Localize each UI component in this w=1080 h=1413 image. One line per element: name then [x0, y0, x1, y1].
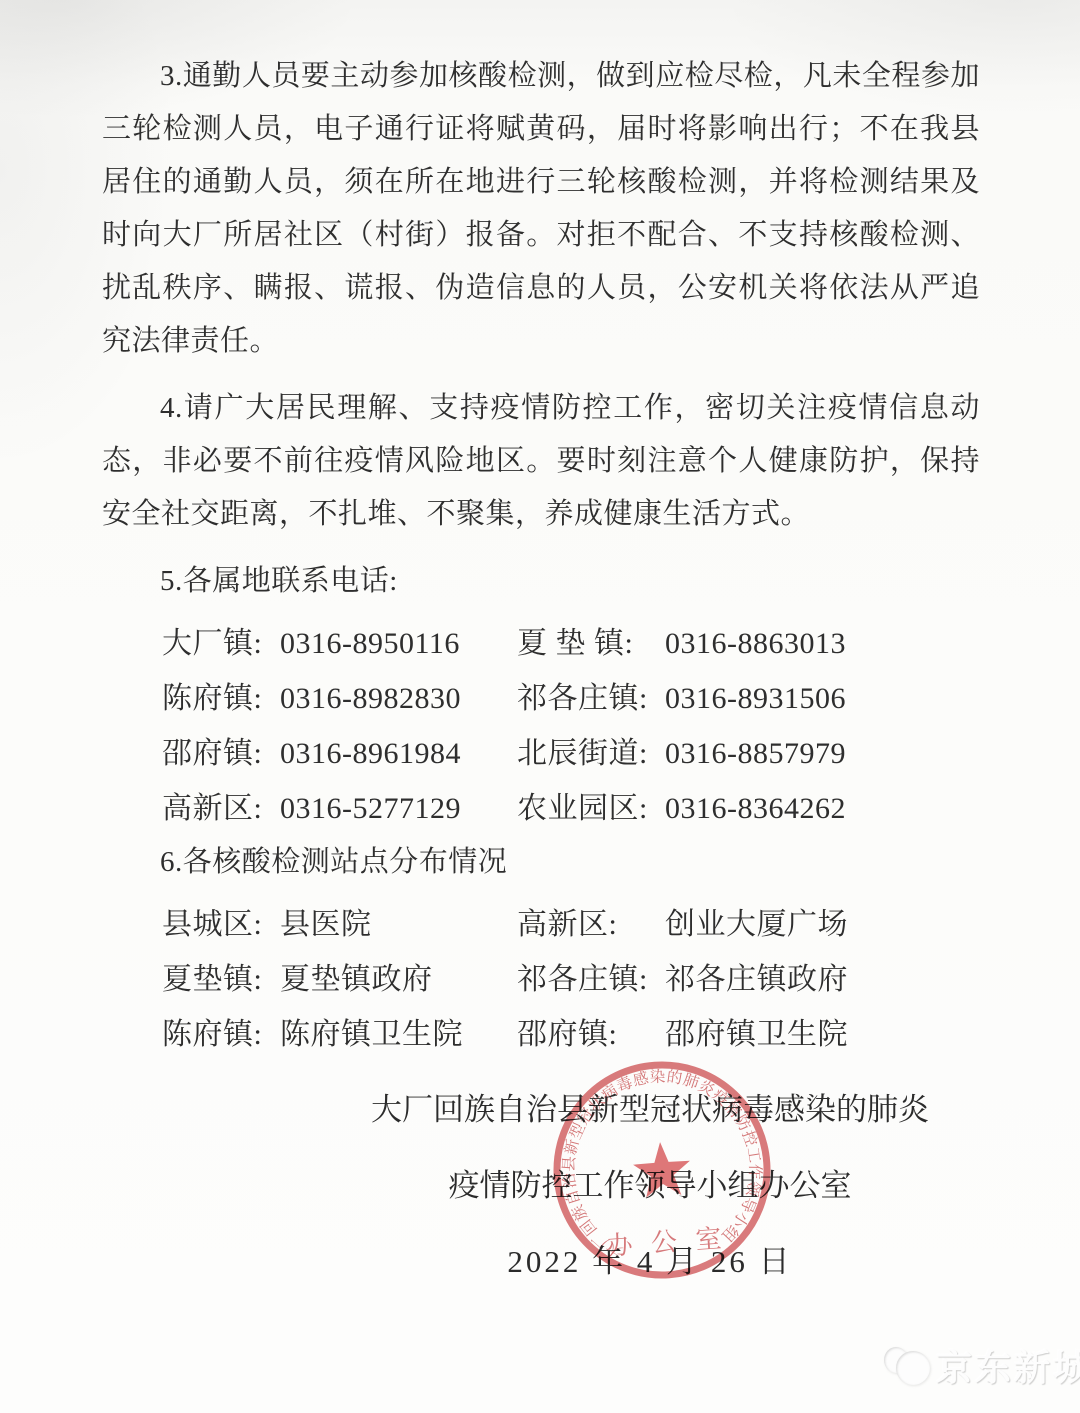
contact-phone: 0316-8982830 — [280, 671, 517, 726]
contact-row: 大厂镇: 0316-8950116 夏 垫 镇: 0316-8863013 — [102, 616, 980, 671]
contacts-list: 大厂镇: 0316-8950116 夏 垫 镇: 0316-8863013 陈府… — [102, 616, 980, 836]
contact-label: 陈府镇: — [162, 671, 280, 726]
seal-bottom-text: 办 公 室 — [606, 1224, 729, 1261]
station-label: 县城区: — [162, 897, 280, 952]
contacts-heading: 5.各属地联系电话: — [102, 555, 980, 608]
contact-label: 邵府镇: — [162, 726, 280, 781]
station-label: 邵府镇: — [517, 1007, 665, 1062]
station-row: 县城区: 县医院 高新区: 创业大厦广场 — [102, 897, 980, 952]
watermark-logo-icon — [884, 1343, 930, 1389]
watermark: 京东新城 — [884, 1340, 1080, 1391]
watermark-text: 京东新城 — [936, 1340, 1080, 1391]
seal-star-icon — [632, 1140, 693, 1198]
contact-phone: 0316-8857979 — [665, 726, 980, 781]
stations-list: 县城区: 县医院 高新区: 创业大厦广场 夏垫镇: 夏垫镇政府 祁各庄镇: 祁各… — [102, 897, 980, 1062]
station-label: 夏垫镇: — [162, 952, 280, 1007]
contact-phone: 0316-5277129 — [280, 781, 517, 836]
contact-phone: 0316-8364262 — [665, 781, 980, 836]
contact-row: 邵府镇: 0316-8961984 北辰街道: 0316-8857979 — [102, 726, 980, 781]
station-row: 夏垫镇: 夏垫镇政府 祁各庄镇: 祁各庄镇政府 — [102, 952, 980, 1007]
station-value: 陈府镇卫生院 — [280, 1007, 517, 1062]
contact-label: 祁各庄镇: — [517, 671, 665, 726]
paragraph-4: 4.请广大居民理解、支持疫情防控工作，密切关注疫情信息动态，非必要不前往疫情风险… — [102, 382, 980, 541]
station-label: 高新区: — [517, 897, 665, 952]
document-page: 3.通勤人员要主动参加核酸检测，做到应检尽检，凡未全程参加三轮检测人员，电子通行… — [0, 0, 1080, 1413]
contact-label: 高新区: — [162, 781, 280, 836]
document-body: 3.通勤人员要主动参加核酸检测，做到应检尽检，凡未全程参加三轮检测人员，电子通行… — [102, 50, 980, 1062]
official-seal: 大厂回族自治县新型冠状病毒感染的肺炎疫情防控工作领导小组 办 公 室 — [539, 1047, 784, 1292]
station-value: 夏垫镇政府 — [280, 952, 517, 1007]
stations-heading: 6.各核酸检测站点分布情况 — [102, 836, 980, 889]
contact-phone: 0316-8931506 — [665, 671, 980, 726]
contact-phone: 0316-8961984 — [280, 726, 517, 781]
contact-label: 夏 垫 镇: — [517, 616, 665, 671]
contact-label: 大厂镇: — [162, 616, 280, 671]
contact-phone: 0316-8863013 — [665, 616, 980, 671]
station-row: 陈府镇: 陈府镇卫生院 邵府镇: 邵府镇卫生院 — [102, 1007, 980, 1062]
station-value: 祁各庄镇政府 — [665, 952, 980, 1007]
station-value: 县医院 — [280, 897, 517, 952]
contact-row: 陈府镇: 0316-8982830 祁各庄镇: 0316-8931506 — [102, 671, 980, 726]
station-label: 陈府镇: — [162, 1007, 280, 1062]
contact-label: 农业园区: — [517, 781, 665, 836]
contact-label: 北辰街道: — [517, 726, 665, 781]
station-label: 祁各庄镇: — [517, 952, 665, 1007]
contact-phone: 0316-8950116 — [280, 616, 517, 671]
contact-row: 高新区: 0316-5277129 农业园区: 0316-8364262 — [102, 781, 980, 836]
paragraph-3: 3.通勤人员要主动参加核酸检测，做到应检尽检，凡未全程参加三轮检测人员，电子通行… — [102, 50, 980, 368]
station-value: 创业大厦广场 — [665, 897, 980, 952]
